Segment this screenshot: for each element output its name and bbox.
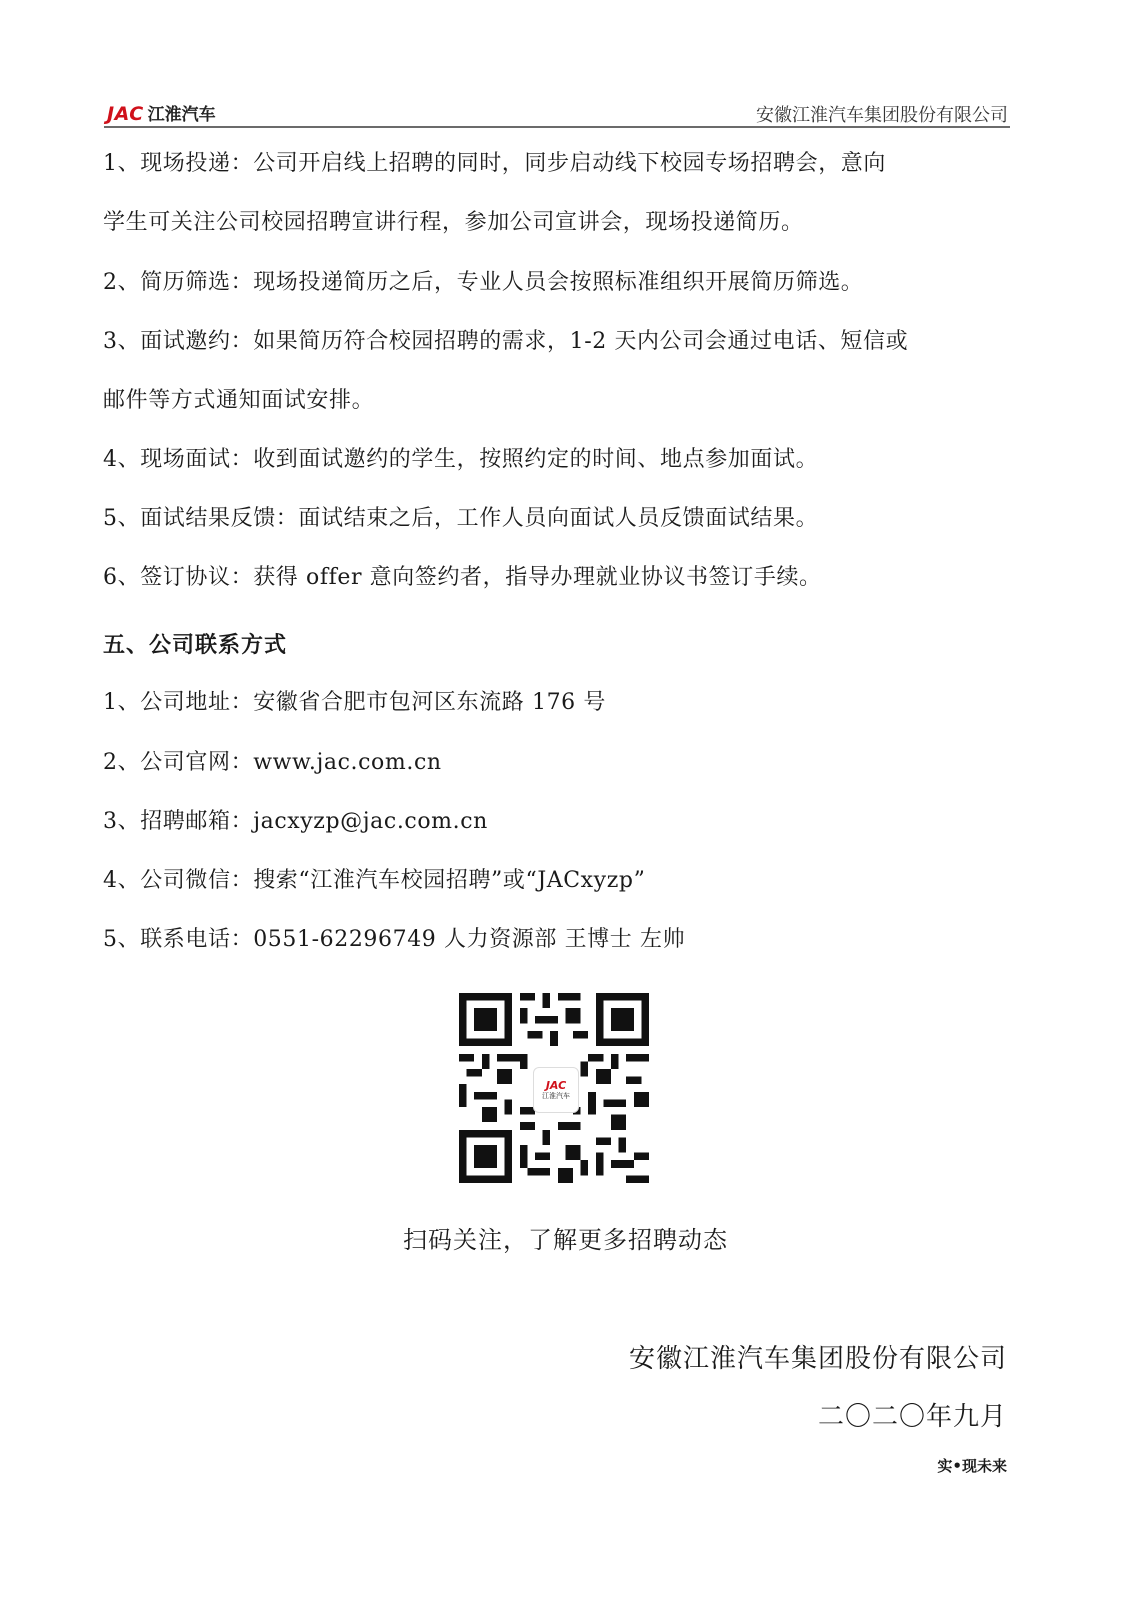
header-company-name: 安徽江淮汽车集团股份有限公司 <box>756 101 1008 127</box>
contact-phone: 5、联系电话：0551-62296749 人力资源部 王博士 左帅 <box>103 927 685 953</box>
step-1-line-1: 1、现场投递：公司开启线上招聘的同时，同步启动线下校园专场招聘会，意向 <box>103 151 886 177</box>
contact-email[interactable]: 3、招聘邮箱：jacxyzp@jac.com.cn <box>103 809 488 835</box>
logo-cn-text: 江淮汽车 <box>148 100 216 125</box>
qr-caption: 扫码关注，了解更多招聘动态 <box>0 1220 1131 1255</box>
jac-logo: JAC 江淮汽车 <box>107 100 216 125</box>
qr-logo-cn: 江淮汽车 <box>542 1092 570 1101</box>
step-6: 6、签订协议：获得 offer 意向签约者，指导办理就业协议书签订手续。 <box>103 565 822 591</box>
step-1-line-2: 学生可关注公司校园招聘宣讲行程，参加公司宣讲会，现场投递简历。 <box>103 210 804 236</box>
contact-address: 1、公司地址：安徽省合肥市包河区东流路 176 号 <box>103 690 606 716</box>
qr-logo-jac: JAC <box>546 1080 566 1092</box>
step-4: 4、现场面试：收到面试邀约的学生，按照约定的时间、地点参加面试。 <box>103 447 818 473</box>
step-3-line-1: 3、面试邀约：如果简历符合校园招聘的需求，1-2 天内公司会通过电话、短信或 <box>103 329 908 355</box>
step-2: 2、简历筛选：现场投递简历之后，专业人员会按照标准组织开展简历筛选。 <box>103 270 863 296</box>
contact-wechat: 4、公司微信：搜索“江淮汽车校园招聘”或“JACxyzp” <box>103 868 645 894</box>
footer-slogan: 实•现未来 <box>937 1455 1007 1476</box>
qr-center-logo: JAC 江淮汽车 <box>533 1067 579 1113</box>
contact-section-title: 五、公司联系方式 <box>103 628 287 659</box>
step-5: 5、面试结果反馈：面试结束之后，工作人员向面试人员反馈面试结果。 <box>103 506 818 532</box>
page-header: JAC 江淮汽车 安徽江淮汽车集团股份有限公司 <box>104 100 1010 128</box>
signature-company: 安徽江淮汽车集团股份有限公司 <box>629 1338 1007 1375</box>
contact-website[interactable]: 2、公司官网：www.jac.com.cn <box>103 750 442 776</box>
step-3-line-2: 邮件等方式通知面试安排。 <box>103 388 374 414</box>
wechat-qr-code: JAC 江淮汽车 <box>459 993 649 1183</box>
logo-jac-text: JAC <box>107 103 144 125</box>
signature-date: 二〇二〇年九月 <box>818 1396 1007 1433</box>
